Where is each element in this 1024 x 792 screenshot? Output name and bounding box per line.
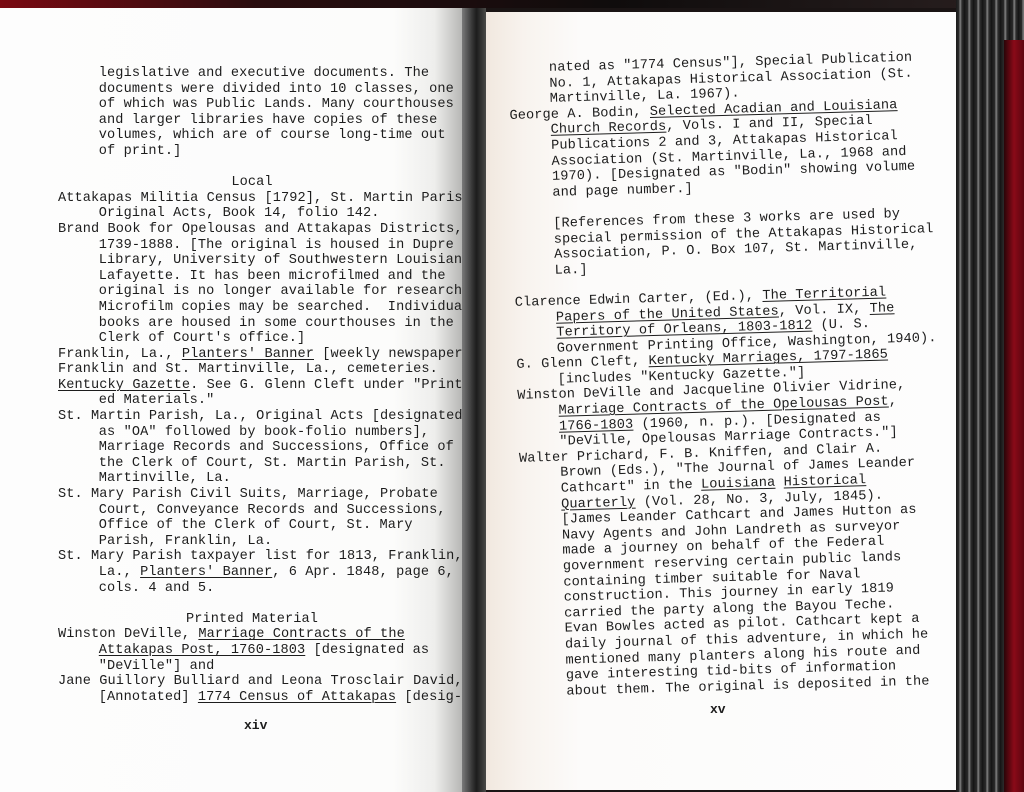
text-line: cols. 4 and 5. (58, 581, 462, 597)
text-line: as "OA" followed by book-folio numbers], (58, 425, 462, 441)
text-line: Court, Conveyance Records and Succession… (58, 503, 462, 519)
text-line: St. Martin Parish, La., Original Acts [d… (58, 409, 462, 425)
text-line: Jane Guillory Bulliard and Leona Troscla… (58, 674, 462, 690)
text-line: Clerk of Court's office.] (58, 331, 462, 347)
text-line: Library, University of Southwestern Loui… (58, 253, 462, 269)
text-line: St. Mary Parish taxpayer list for 1813, … (58, 549, 462, 565)
text-line: of print.] (58, 144, 462, 160)
text-line: and larger libraries have copies of thes… (58, 113, 462, 129)
text-line: Franklin and St. Martinville, La., cemet… (58, 362, 462, 378)
text-line: Lafayette. It has been microfilmed and t… (58, 269, 462, 285)
section-heading: Local (58, 175, 446, 191)
text-line: the Clerk of Court, St. Martin Parish, S… (58, 456, 462, 472)
text-line: ed Materials." (58, 393, 462, 409)
text-line: Kentucky Gazette. See G. Glenn Cleft und… (58, 378, 462, 394)
text-line (58, 160, 462, 176)
book-cover-edge (1004, 40, 1024, 792)
text-line: "DeVille"] and (58, 659, 462, 675)
text-line: Original Acts, Book 14, folio 142. (58, 206, 462, 222)
text-line: Microfilm copies may be searched. Indivi… (58, 300, 462, 316)
text-line: volumes, which are of course long-time o… (58, 128, 462, 144)
text-line: Parish, Franklin, La. (58, 534, 462, 550)
text-line (58, 596, 462, 612)
text-line: Marriage Records and Successions, Office… (58, 440, 462, 456)
text-line: original is no longer available for rese… (58, 284, 462, 300)
left-page: legislative and executive documents. The… (0, 8, 462, 792)
text-line: La., Planters' Banner, 6 Apr. 1848, page… (58, 565, 462, 581)
text-line: books are housed in some courthouses in … (58, 316, 462, 332)
text-line: of which was Public Lands. Many courthou… (58, 97, 462, 113)
text-line: legislative and executive documents. The (58, 66, 462, 82)
page-number-left: xiv (244, 718, 267, 733)
book-gutter (462, 8, 486, 792)
text-line: Brand Book for Opelousas and Attakapas D… (58, 222, 462, 238)
section-heading: Printed Material (58, 612, 446, 628)
text-line: Winston DeVille, Marriage Contracts of t… (58, 627, 462, 643)
text-line: Office of the Clerk of Court, St. Mary (58, 518, 462, 534)
text-line: 1739-1888. [The original is housed in Du… (58, 238, 462, 254)
right-page-text: nated as "1774 Census"], Special Publica… (508, 50, 946, 701)
book-top-edge (0, 0, 1024, 8)
text-line: Franklin, La., Planters' Banner [weekly … (58, 347, 462, 363)
right-page: nated as "1774 Census"], Special Publica… (486, 12, 956, 790)
text-line: Attakapas Post, 1760-1803 [designated as (58, 643, 462, 659)
page-number-right: xv (710, 702, 726, 717)
text-line: documents were divided into 10 classes, … (58, 82, 462, 98)
text-line: Martinville, La. (58, 471, 462, 487)
left-page-text: legislative and executive documents. The… (58, 66, 462, 705)
text-line: [Annotated] 1774 Census of Attakapas [de… (58, 690, 462, 706)
text-line: St. Mary Parish Civil Suits, Marriage, P… (58, 487, 462, 503)
text-line: Attakapas Militia Census [1792], St. Mar… (58, 191, 462, 207)
